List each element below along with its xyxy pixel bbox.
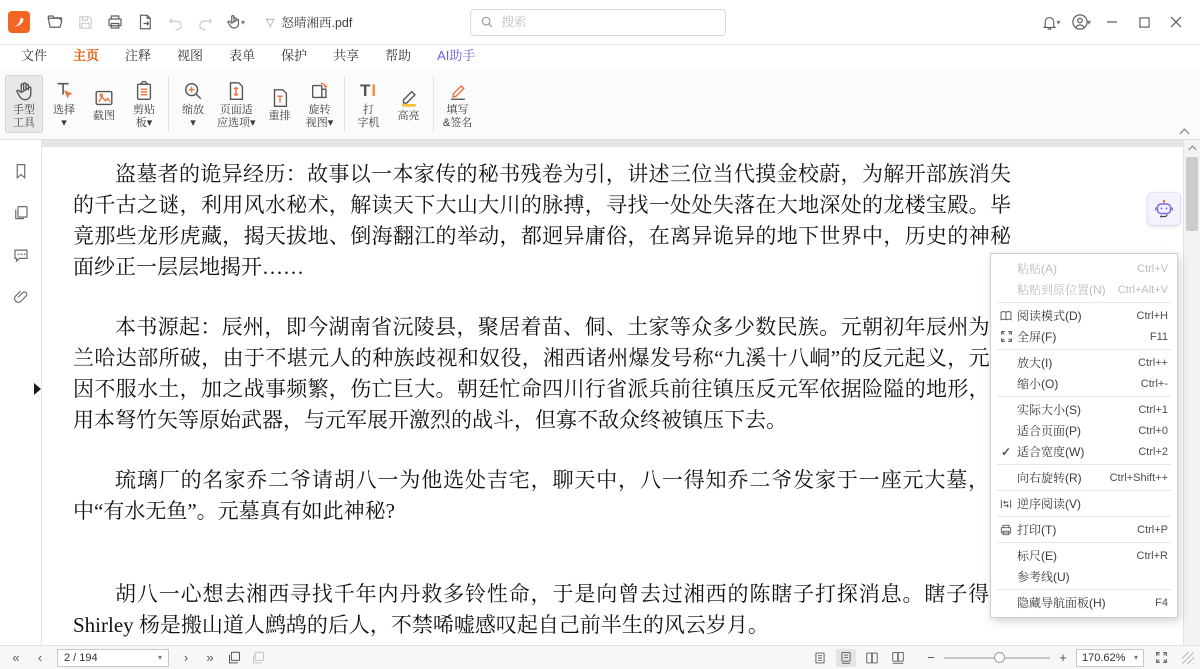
paragraph: 盗墓者的诡异经历：故事以一本家传的秘书残卷为引，讲述三位当代摸金校蔚，为解开部族… — [73, 159, 1011, 283]
chevron-down-icon: ▾ — [1087, 18, 1091, 27]
menu-item-zoom-in[interactable]: 放大(I) Ctrl++ — [991, 352, 1177, 373]
zoom-level-value: 170.62% — [1082, 652, 1125, 664]
typewriter-icon: TI — [360, 79, 377, 104]
next-view-button[interactable] — [248, 649, 268, 667]
clipboard-button[interactable]: 剪贴 板▾ — [125, 76, 163, 132]
workspace: 盗墓者的诡异经历：故事以一本家传的秘书残卷为引，讲述三位当代摸金校蔚，为解开部族… — [0, 140, 1200, 645]
menu-item-shortcut: F11 — [1140, 331, 1168, 343]
menu-item-rotate-right[interactable]: 向右旋转(R) Ctrl+Shift++ — [991, 467, 1177, 488]
ribbon-label: 高亮 — [398, 110, 420, 124]
facing-view-button[interactable] — [862, 649, 882, 667]
export-page-button[interactable] — [132, 9, 158, 35]
menu-item-label: 打印(T) — [1017, 521, 1056, 538]
chevron-down-icon: ▾ — [1134, 653, 1138, 662]
page-fit-options-button[interactable]: 页面适 应选项▾ — [214, 76, 259, 132]
ribbon-label: ▾ — [61, 117, 67, 131]
ribbon-label: ▾ — [190, 117, 196, 131]
menu-tab-protect[interactable]: 保护 — [268, 45, 320, 68]
document-tab[interactable]: ▽ 怒晴湘西.pdf — [266, 13, 352, 31]
redo-button[interactable] — [192, 9, 218, 35]
menu-item-shortcut: Ctrl+Alt+V — [1108, 284, 1168, 296]
ribbon-label: 手型 — [13, 104, 35, 118]
pages-icon — [12, 204, 30, 222]
menu-item-zoom-out[interactable]: 缩小(O) Ctrl+- — [991, 373, 1177, 394]
menu-separator — [997, 589, 1171, 590]
menu-item-label: 隐藏导航面板(H) — [1017, 594, 1106, 611]
menu-item-guides[interactable]: 参考线(U) — [991, 566, 1177, 587]
next-view-icon — [251, 650, 266, 665]
facing-pages-icon — [865, 651, 879, 665]
menu-item-label: 缩小(O) — [1017, 375, 1058, 392]
menu-item-rulers[interactable]: 标尺(E) Ctrl+R — [991, 545, 1177, 566]
attachments-panel-button[interactable] — [12, 288, 30, 306]
menu-item-reverse-reading[interactable]: 逆序阅读(V) — [991, 493, 1177, 514]
zoom-in-button[interactable]: + — [1057, 650, 1069, 665]
next-page-button[interactable]: › — [176, 649, 196, 667]
search-icon — [480, 15, 494, 29]
pages-panel-button[interactable] — [12, 204, 30, 222]
rotate-view-button[interactable]: 旋转 视图▾ — [301, 76, 339, 132]
minimize-icon — [1106, 16, 1118, 28]
hand-icon — [13, 79, 35, 104]
ribbon-toolbar: 手型 工具 选择 ▾ 截图 剪贴 板▾ — [0, 68, 1200, 140]
menu-item-label: 实际大小(S) — [1017, 401, 1081, 418]
titlebar-right-controls: ▾ ▾ — [1036, 7, 1192, 37]
menu-item-label: 粘贴(A) — [1017, 260, 1057, 277]
chevron-up-icon — [1188, 145, 1197, 151]
menu-item-label: 逆序阅读(V) — [1017, 495, 1081, 512]
ribbon-label: 填写 — [447, 104, 469, 118]
menu-item-shortcut: Ctrl+H — [1127, 310, 1168, 322]
robot-icon — [1152, 197, 1176, 221]
foxit-pdf-reader-window: ▾ ▽ 怒晴湘西.pdf ▾ ▾ — [0, 0, 1200, 669]
menu-separator — [997, 542, 1171, 543]
continuous-view-button[interactable] — [836, 649, 856, 667]
ribbon-label: 打 — [363, 104, 374, 118]
print-button[interactable] — [102, 9, 128, 35]
menu-item-shortcut: Ctrl+P — [1127, 524, 1168, 536]
menu-item-label: 适合宽度(W) — [1017, 443, 1084, 460]
menu-item-actual-size[interactable]: 实际大小(S) Ctrl+1 — [991, 399, 1177, 420]
vertical-scrollbar[interactable] — [1183, 140, 1200, 645]
continuous-page-icon — [839, 651, 853, 665]
menu-item-shortcut: Ctrl+- — [1131, 378, 1168, 390]
ribbon-label: 截图 — [93, 110, 115, 124]
chevron-down-icon: ▾ — [158, 653, 162, 662]
page-navigation: « ‹ 2 / 194 ▾ › » — [6, 649, 268, 667]
page-fit-icon — [225, 79, 247, 104]
titlebar: ▾ ▽ 怒晴湘西.pdf ▾ ▾ — [0, 0, 1200, 45]
menu-item-fit-width[interactable]: ✓ 适合宽度(W) Ctrl+2 — [991, 441, 1177, 462]
menu-item-label: 阅读模式(D) — [1017, 307, 1082, 324]
menu-tab-comment[interactable]: 注释 — [112, 45, 164, 68]
fill-sign-pen-icon — [447, 79, 469, 104]
menu-tab-view[interactable]: 视图 — [164, 45, 216, 68]
snapshot-icon — [93, 85, 115, 110]
menu-tab-share[interactable]: 共享 — [320, 45, 372, 68]
chevron-up-icon — [1179, 128, 1190, 135]
menu-item-shortcut: Ctrl++ — [1128, 357, 1168, 369]
menu-item-label: 标尺(E) — [1017, 547, 1057, 564]
zoom-slider[interactable] — [944, 657, 1050, 659]
sidebar-expand-handle[interactable] — [34, 383, 41, 395]
ribbon-divider — [168, 76, 169, 132]
menubar: 文件 主页 注释 视图 表单 保护 共享 帮助 AI助手 — [0, 45, 1200, 68]
scrollbar-thumb[interactable] — [1186, 157, 1198, 231]
ribbon-label: 页面适 — [220, 104, 253, 118]
undo-button[interactable] — [162, 9, 188, 35]
last-page-button[interactable]: » — [200, 649, 220, 667]
reflow-button[interactable]: 重排 — [261, 82, 299, 125]
menu-item-shortcut: Ctrl+Shift++ — [1100, 472, 1168, 484]
zoom-out-button[interactable]: − — [925, 650, 937, 665]
menu-item-shortcut: Ctrl+1 — [1128, 404, 1168, 416]
document-filename: 怒晴湘西.pdf — [281, 13, 352, 31]
menu-tab-form[interactable]: 表单 — [216, 45, 268, 68]
paperclip-icon — [12, 288, 30, 306]
search-box[interactable] — [470, 9, 726, 36]
previous-page-button[interactable]: ‹ — [30, 649, 50, 667]
menu-tab-ai-assistant[interactable]: AI助手 — [424, 45, 488, 68]
notifications-button[interactable]: ▾ — [1038, 9, 1064, 35]
menu-separator — [997, 396, 1171, 397]
close-button[interactable] — [1160, 7, 1192, 37]
zoom-slider-knob[interactable] — [994, 652, 1005, 663]
menu-item-label: 参考线(U) — [1017, 568, 1070, 585]
context-menu: 粘贴(A) Ctrl+V 粘贴到原位置(N) Ctrl+Alt+V 阅读模式(D… — [990, 253, 1178, 618]
chevron-down-icon: ▾ — [241, 18, 245, 27]
ribbon-label: 应选项▾ — [217, 117, 256, 131]
zoom-level-field[interactable]: 170.62% ▾ — [1076, 649, 1144, 667]
ribbon-label: 工具 — [13, 117, 35, 131]
ribbon-label: 字机 — [358, 117, 380, 131]
menu-item-print[interactable]: 打印(T) Ctrl+P — [991, 519, 1177, 540]
ai-assistant-floating-button[interactable] — [1147, 192, 1181, 226]
menu-separator — [997, 464, 1171, 465]
ribbon-label: 选择 — [53, 104, 75, 118]
menu-item-fit-page[interactable]: 适合页面(P) Ctrl+0 — [991, 420, 1177, 441]
reading-mode-icon — [995, 309, 1017, 323]
reflow-icon — [269, 85, 291, 110]
previous-view-icon — [227, 650, 242, 665]
window-resize-grip[interactable] — [1182, 652, 1194, 664]
menu-item-shortcut: Ctrl+0 — [1128, 425, 1168, 437]
single-page-icon — [813, 651, 827, 665]
fullscreen-toggle-button[interactable] — [1151, 649, 1171, 667]
menu-tab-file[interactable]: 文件 — [8, 45, 60, 68]
ribbon-label: 缩放 — [182, 104, 204, 118]
continuous-facing-view-button[interactable] — [888, 649, 908, 667]
menu-separator — [997, 516, 1171, 517]
ribbon-label: 旋转 — [309, 104, 331, 118]
paragraph: 胡八一心想去湘西寻找千年内丹救多铃性命，于是向曾去过湘西的陈瞎子打探消息。瞎子得… — [73, 579, 1011, 641]
bookmarks-panel-button[interactable] — [12, 162, 30, 180]
checkmark-icon: ✓ — [995, 445, 1017, 459]
scroll-up-button[interactable] — [1184, 140, 1200, 155]
menu-separator — [997, 349, 1171, 350]
highlighter-icon — [398, 85, 420, 110]
hand-tool-button[interactable]: 手型 工具 — [5, 75, 43, 133]
menu-item-shortcut: F4 — [1145, 597, 1168, 609]
comments-panel-button[interactable] — [12, 246, 30, 264]
select-cursor-icon — [53, 79, 75, 104]
maximize-icon — [1139, 17, 1150, 28]
menu-item-shortcut: Ctrl+V — [1127, 263, 1168, 275]
menu-item-hide-navigation-panel[interactable]: 隐藏导航面板(H) F4 — [991, 592, 1177, 613]
paragraph: 本书源起：辰州，即今湖南省沅陵县，聚居着苗、侗、土家等众多少数民族。元朝初年辰州… — [73, 312, 1011, 436]
page-number-value: 2 / 194 — [64, 652, 98, 664]
single-page-view-button[interactable] — [810, 649, 830, 667]
menu-tab-help[interactable]: 帮助 — [372, 45, 424, 68]
clipboard-icon — [133, 79, 155, 104]
minimize-button[interactable] — [1096, 7, 1128, 37]
rotate-pages-icon — [309, 79, 331, 104]
continuous-facing-icon — [891, 651, 905, 665]
ribbon-divider — [344, 76, 345, 132]
expand-icon — [1155, 651, 1168, 664]
collapse-ribbon-button[interactable] — [1179, 128, 1190, 135]
maximize-button[interactable] — [1128, 7, 1160, 37]
snapshot-button[interactable]: 截图 — [85, 82, 123, 125]
ribbon-label: 剪贴 — [133, 104, 155, 118]
first-page-button[interactable]: « — [6, 649, 26, 667]
close-icon — [1170, 16, 1182, 28]
menu-item-label: 适合页面(P) — [1017, 422, 1081, 439]
highlight-button[interactable]: 高亮 — [390, 82, 428, 125]
menu-item-full-screen[interactable]: 全屏(F) F11 — [991, 326, 1177, 347]
paragraph: 琉璃厂的名家乔二爷请胡八一为他选处吉宅，聊天中，八一得知乔二爷发家于一座元大墓，… — [73, 465, 1011, 527]
select-tool-button[interactable]: 选择 ▾ — [45, 76, 83, 132]
ribbon-divider — [433, 76, 434, 132]
page-number-field[interactable]: 2 / 194 ▾ — [57, 649, 169, 667]
ribbon-label: 重排 — [269, 110, 291, 124]
typewriter-button[interactable]: TI 打 字机 — [350, 76, 388, 132]
bookmark-icon — [12, 162, 30, 180]
menu-separator — [997, 490, 1171, 491]
menu-item-label: 粘贴到原位置(N) — [1017, 281, 1106, 298]
ribbon-label: 视图▾ — [306, 117, 334, 131]
menu-separator — [997, 302, 1171, 303]
menu-item-read-mode[interactable]: 阅读模式(D) Ctrl+H — [991, 305, 1177, 326]
ribbon-label: &签名 — [443, 117, 472, 131]
page-view-modes — [810, 649, 908, 667]
foxit-logo-icon — [8, 11, 30, 33]
fullscreen-icon — [995, 330, 1017, 343]
open-file-button[interactable] — [42, 9, 68, 35]
ribbon-label: 板▾ — [136, 117, 153, 131]
reverse-reading-icon — [995, 497, 1017, 511]
menu-item-label: 放大(I) — [1017, 354, 1052, 371]
search-input[interactable] — [501, 15, 716, 29]
menu-item-shortcut: Ctrl+R — [1127, 550, 1168, 562]
zoom-controls: − + 170.62% ▾ — [810, 649, 1194, 667]
statusbar: « ‹ 2 / 194 ▾ › » — [0, 645, 1200, 669]
fill-sign-button[interactable]: 填写 &签名 — [439, 76, 477, 132]
previous-view-button[interactable] — [224, 649, 244, 667]
account-button[interactable]: ▾ — [1068, 9, 1094, 35]
comment-bubble-icon — [12, 246, 30, 264]
menu-item-label: 全屏(F) — [1017, 328, 1056, 345]
menu-item-paste[interactable]: 粘贴(A) Ctrl+V — [991, 258, 1177, 279]
quick-sign-button[interactable]: ▾ — [222, 9, 248, 35]
menu-item-paste-in-place[interactable]: 粘贴到原位置(N) Ctrl+Alt+V — [991, 279, 1177, 300]
toolbar-toggle-icon[interactable]: ▽ — [266, 16, 274, 29]
save-button[interactable] — [72, 9, 98, 35]
print-icon — [995, 523, 1017, 537]
chevron-down-icon: ▾ — [1056, 18, 1060, 27]
zoom-magnifier-icon — [182, 79, 204, 104]
menu-item-label: 向右旋转(R) — [1017, 469, 1082, 486]
zoom-tool-button[interactable]: 缩放 ▾ — [174, 76, 212, 132]
menu-item-shortcut: Ctrl+2 — [1128, 446, 1168, 458]
